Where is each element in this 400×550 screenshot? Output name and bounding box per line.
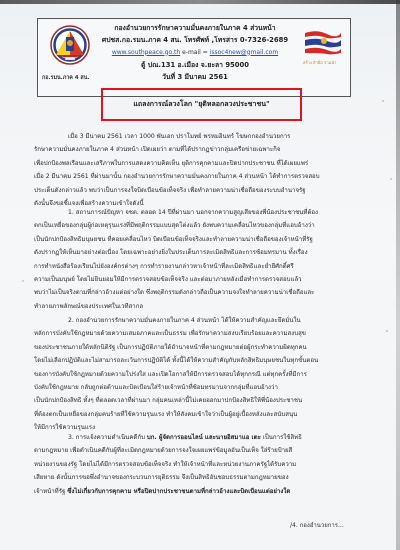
text-line: บังคับใช้กฎหมาย กลับถูกต่อต้านและบิดเบือ… bbox=[34, 381, 360, 394]
text-line: ประเด็นดังกล่าวแล้ว พบว่าเป็นการจงใจบิดเ… bbox=[34, 184, 360, 197]
paragraph-3: 3. การแจ้งความดำเนินคดีกับ บก. ผู้จัดการ… bbox=[34, 431, 360, 498]
website-link[interactable]: www.southpeace.go.th bbox=[112, 49, 180, 56]
paragraph-2: 2. กองอำนวยการรักษาความมั่นคงภายในภาค 4 … bbox=[34, 314, 360, 435]
text-line: รักษาความมั่นคงภายในภาค 4 ส่วนหน้า เปิดเ… bbox=[34, 143, 360, 156]
scan-speck bbox=[386, 330, 388, 332]
text-line: หลักการบังคับใช้กฎหมายด้วยความเสมอภาคและ… bbox=[34, 327, 360, 340]
email-label: e-mail = bbox=[182, 49, 208, 56]
paragraph-1: 1. สถานการณ์ปัญหา จชต. ตลอด 14 ปีที่ผ่าน… bbox=[34, 206, 360, 313]
scan-top-edge bbox=[0, 0, 400, 4]
text-line: 2. กองอำนวยการรักษาความมั่นคงภายในภาค 4 … bbox=[34, 314, 360, 327]
text-line: การทำหนังสือร้องเรียนไปยังองค์กรต่างๆ กา… bbox=[34, 260, 360, 273]
text-line: โดยไม่เลือกปฏิบัติและไม่สามารถละเว้นการป… bbox=[34, 354, 360, 367]
continuation-reference: /4. กองอำนวยการ... bbox=[290, 520, 344, 530]
text-line: 1. สถานการณ์ปัญหา จชต. ตลอด 14 ปีที่ผ่าน… bbox=[34, 206, 360, 219]
scan-speck bbox=[390, 178, 392, 180]
text-line: หน่วยงานของรัฐ โดยไม่ได้มีการตรวจสอบข้อเ… bbox=[34, 458, 360, 471]
bold-segment: บก. ผู้จัดการออนไลน์ และนายอิสมาแอ เตะ bbox=[147, 434, 261, 441]
text-segment: เป็นการใช้สิทธิ bbox=[261, 434, 302, 441]
document-page: กอ.รมน.ภาค 4 สน. กองอำนวยการรักษาความมั่… bbox=[0, 0, 400, 550]
text-line: ตามกฎหมาย เพื่อดำเนินคดีกับผู้ที่ละเมิดก… bbox=[34, 444, 360, 457]
scan-speck bbox=[382, 100, 384, 102]
paragraph-intro: เมื่อ 3 มีนาคม 2561 เวลา 1000 พันเอก ปรา… bbox=[34, 130, 360, 210]
text-line: ดังปรากฏให้เห็นมาอย่างต่อเนื่อง โดยเฉพาะ… bbox=[34, 246, 360, 259]
text-line: เพื่อปกป้องพลเรือนและเสรีภาพในการแสดงควา… bbox=[34, 157, 360, 170]
letterhead-box: กอ.รมน.ภาค 4 สน. กองอำนวยการรักษาความมั่… bbox=[37, 18, 351, 97]
thai-flag-icon bbox=[303, 29, 343, 57]
text-line: เจ้าหน้าที่รัฐ ซึ่งไม่เกี่ยวกับการคุกคาม… bbox=[34, 485, 360, 498]
text-line: พบว่าไม่เป็นจริงตามที่กล่าวอ้างแต่อย่างใ… bbox=[34, 286, 360, 299]
scan-right-edge bbox=[396, 0, 400, 550]
text-line: เป็นนักปกป้องสิทธิมนุษยชน ที่คอยเคลื่อนไ… bbox=[34, 233, 360, 246]
bold-segment: ซึ่งไม่เกี่ยวกับการคุกคาม หรือปิดปากประช… bbox=[67, 488, 290, 495]
document-date: วันที่ 3 มีนาคม 2561 bbox=[38, 71, 352, 83]
text-line: เสียหาย ดังนั้นการขอพึ่งอำนาจของกระบวนกา… bbox=[34, 471, 360, 484]
text-segment: เจ้าหน้าที่รัฐ bbox=[34, 488, 67, 495]
scan-speck bbox=[230, 190, 232, 192]
email-link[interactable]: issoc4new@gmail.com bbox=[210, 49, 279, 56]
text-segment: 3. การแจ้งความดำเนินคดีกับ bbox=[68, 434, 147, 441]
text-line: เมื่อ 3 มีนาคม 2561 เวลา 1000 พันเอก ปรา… bbox=[34, 130, 360, 143]
text-line: ความเป็นมนุษย์ โดยไม่ยินยอมให้มีการตรวจส… bbox=[34, 273, 360, 286]
document-title: แถลงการณ์ลวงโลก "ยุติหลอกลวงประชาชน" bbox=[101, 99, 302, 110]
text-line: ทำลายภาพลักษณ์ของประเทศในเวทีสากล bbox=[34, 300, 360, 313]
scan-speck bbox=[22, 280, 24, 282]
text-line: ของประชาชนภายใต้หลักนิติรัฐ เป็นการปฏิบั… bbox=[34, 341, 360, 354]
text-line: ที่ต้องตกเป็นเหยื่อของกลุ่มคนร้ายที่ใช้ค… bbox=[34, 408, 360, 421]
text-line: เมื่อ 2 มีนาคม 2561 ที่ผ่านมานั้น กองอำน… bbox=[34, 170, 360, 183]
right-logo-caption: สร้าง สำนึก ร่วมนำ bbox=[303, 59, 336, 66]
text-line: ของการบังคับใช้กฎหมายด้วยความโปร่งใส และ… bbox=[34, 368, 360, 381]
text-line: ตกเป็นเหยื่อของกลุ่มผู้ก่อเหตุรุนแรงที่ม… bbox=[34, 219, 360, 232]
text-line: เป็นนักปกป้องสิทธิ ทั้งๆ ที่ตลอดเวลาที่ผ… bbox=[34, 394, 360, 407]
text-line: 3. การแจ้งความดำเนินคดีกับ บก. ผู้จัดการ… bbox=[34, 431, 360, 444]
